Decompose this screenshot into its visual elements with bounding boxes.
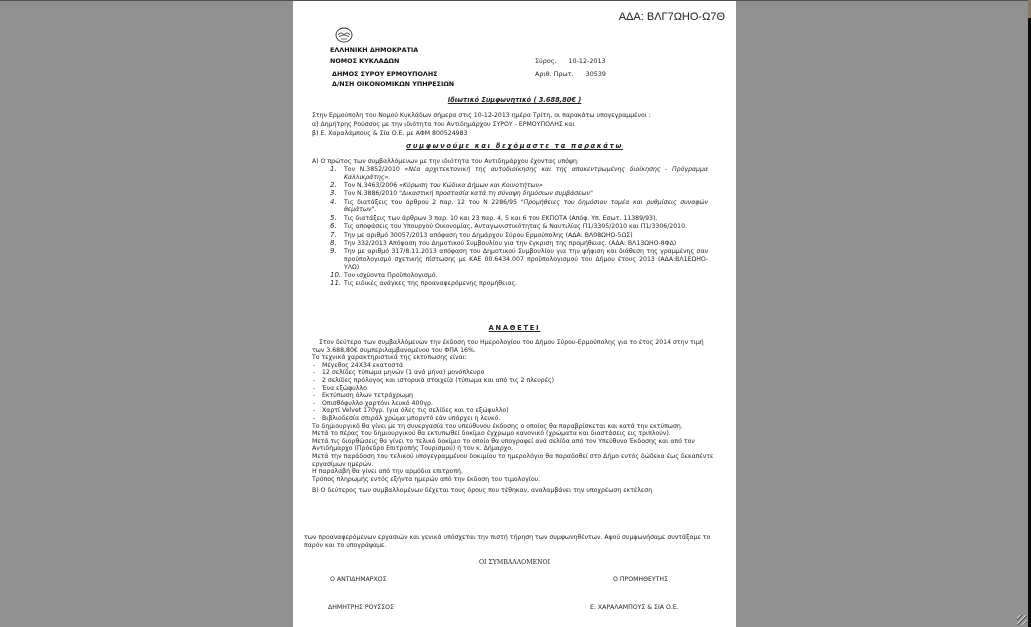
ada-code: ΑΔΑ: ΒΛΓ7ΩΗΟ-Ω7Θ (619, 11, 725, 23)
assigns-heading: ΑΝΑΘΕΤΕΙ (293, 325, 736, 332)
header-municipality: ΔΗΜΟΣ ΣΥΡΟΥ ΕΡΜΟΥΠΟΛΗΣ (332, 70, 438, 78)
consideration-item: 6.Τις αποφάσεις του Υπουργού Οικονομίας,… (330, 223, 708, 231)
item-italic-text: "Δικαστική προστασία κατά τη σύναψη δημό… (399, 190, 593, 197)
term-paragraph: Μετά τις διορθώσεις θα γίνει το τελικό δ… (312, 438, 716, 453)
intro-line: Στην Ερμούπολη του Νομού Κυκλάδων σήμερα… (312, 112, 716, 121)
closing-text: των προαναφερόμενων εργασιών και γενικά … (304, 534, 716, 549)
spec-item: 12 σελίδες τύπωμα μηνών (1 ανά μήνα) μον… (312, 369, 716, 377)
term-paragraph: Μετά την παράδοση του τελικού υπογεγραμμ… (312, 453, 716, 468)
term-paragraph: Η παραλαβή θα γίνει από την αρμόδια επιτ… (312, 468, 716, 476)
term-paragraph: Μετά το πέρας του δημιουργικού θα εκτυπω… (312, 430, 716, 438)
signer-left-role: Ο ΑΝΤΙΔΗΜΑΡΧΟΣ (330, 576, 387, 583)
item-text: Την με αριθμό 317/8.11.2013 απόφαση του … (344, 248, 708, 270)
item-number: 3. (330, 190, 337, 198)
consideration-item: 7.Την με αριθμό 30057/2013 απόφαση του Δ… (330, 232, 708, 240)
item-text: Τον Ν.3852/2010 (344, 166, 405, 173)
protocol-label: Αριθ. Πρωτ. (535, 70, 574, 78)
item-italic-text: «Κύρωση του Κώδικα Δήμων και Κοινοτήτων» (399, 182, 543, 189)
consideration-item: 10.Τον ισχύοντα Προϋπολογισμό. (330, 272, 708, 280)
signers-heading: ΟΙ ΣΥΜΒΑΛΛΟΜΕΝΟΙ (293, 559, 736, 566)
assignment-text: Στον δεύτερο των συμβαλλόμενων την έκδοσ… (312, 339, 716, 354)
consideration-item: 11.Τις ειδικές ανάγκες της προαναφερόμεν… (330, 280, 708, 288)
spec-item: Βιβλιοδεσία σπιράλ χρώμα μπορντό εάν υπά… (312, 415, 716, 423)
item-text: Την με αριθμό 30057/2013 απόφαση του Δημ… (344, 232, 633, 239)
protocol: Αριθ. Πρωτ.30539 (535, 70, 606, 78)
assignment-body: Στον δεύτερο των συμβαλλόμενων την έκδοσ… (312, 339, 716, 495)
party-a: α) Δημήτρης Ρούσσος με την ιδιότητα του … (312, 121, 716, 130)
considerations-list: 1.Τον Ν.3852/2010 «Νέα αρχιτεκτονική της… (330, 166, 708, 289)
item-number: 1. (330, 166, 337, 174)
protocol-number: 30539 (586, 70, 606, 78)
spec-item: 2 σελίδες πρόλογος και ιστορικά στοιχεία… (312, 377, 716, 385)
specs-list: Μέγεθος 24Χ34 εκατοστά12 σελίδες τύπωμα … (312, 362, 716, 423)
consideration-item: 8.Την 332/2013 Απόφαση του Δημοτικού Συμ… (330, 240, 708, 248)
place-date: Σύρος.10-12-2013 (535, 57, 606, 65)
section-a-intro: Α) Ο πρώτος των συμβαλλόμενων με την ιδι… (312, 158, 579, 165)
item-text: Τις διατάξεις του άρθρου 2 παρ. 12 του Ν… (344, 199, 521, 206)
resize-grip-icon[interactable] (1017, 615, 1027, 625)
header-department: Δ/ΝΣΗ ΟΙΚΟΝΟΜΙΚΩΝ ΥΠΗΡΕΣΙΩΝ (332, 80, 454, 88)
signer-right-name: Ε. ΧΑΡΑΛΑΜΠΟΥΣ & ΣΙΑ Ο.Ε. (590, 604, 679, 611)
header-prefecture: ΝΟΜΟΣ ΚΥΚΛΑΔΩΝ (330, 57, 399, 65)
consideration-item: 3.Τον Ν.3886/2010 "Δικαστική προστασία κ… (330, 190, 708, 198)
item-text: Τον Ν.3886/2010 (344, 190, 399, 197)
document-title: Ιδιωτικό Συμφωνητικό ( 3.688,80€ ) (293, 97, 736, 104)
terms-list: Το δημιουργικό θα γίνει με τη συνεργασία… (312, 423, 716, 484)
header-republic: ΕΛΛΗΝΙΚΗ ΔΗΜΟΚΡΑΤΙΑ (330, 46, 418, 54)
item-text: Τις διατάξεις των άρθρων 3 παρ. 10 και 2… (344, 215, 657, 222)
item-number: 7. (330, 232, 337, 240)
item-number: 6. (330, 223, 337, 231)
item-text: Τον ισχύοντα Προϋπολογισμό. (344, 272, 437, 279)
item-number: 9. (330, 248, 337, 256)
consideration-item: 5.Τις διατάξεις των άρθρων 3 παρ. 10 και… (330, 215, 708, 223)
item-text: Την 332/2013 Απόφαση του Δημοτικού Συμβο… (344, 240, 676, 247)
item-text: Τον Ν.3463/2006 (344, 182, 399, 189)
agree-heading: συμφωνούμε και δεχόμαστε τα παρακάτω (293, 143, 736, 150)
item-number: 4. (330, 199, 337, 207)
spec-item: Εκτύπωση όλων τετράχρωμη (312, 392, 716, 400)
term-paragraph: Τρόπος πληρωμής εντός εξήντα ημερών από … (312, 476, 716, 484)
section-b: Β) Ο δεύτερος των συμβαλλομένων δέχεται … (312, 487, 716, 495)
item-number: 11. (330, 280, 341, 288)
consideration-item: 9.Την με αριθμό 317/8.11.2013 απόφαση το… (330, 248, 708, 271)
term-paragraph: Το δημιουργικό θα γίνει με τη συνεργασία… (312, 423, 716, 431)
consideration-item: 1.Τον Ν.3852/2010 «Νέα αρχιτεκτονική της… (330, 166, 708, 181)
signer-right-role: Ο ΠΡΟΜΗΘΕΥΤΗΣ (613, 576, 668, 583)
party-b: β) Ε. Χαραλάμπους & Σία Ο.Ε. με ΑΦΜ 8005… (312, 130, 716, 139)
consideration-item: 2.Τον Ν.3463/2006 «Κύρωση του Κώδικα Δήμ… (330, 182, 708, 190)
spec-item: Χαρτί Velvet 170γρ. (για όλες τις σελίδε… (312, 407, 716, 415)
item-text: Τις αποφάσεις του Υπουργού Οικονομίας, Α… (344, 223, 687, 230)
consideration-item: 4.Τις διατάξεις του άρθρου 2 παρ. 12 του… (330, 199, 708, 214)
item-text: Τις ειδικές ανάγκες της προαναφερόμενης … (344, 280, 517, 287)
specs-intro: Το τεχνικά χαρακτηριστικά της εκτύπωσης … (312, 354, 716, 362)
document-date: 10-12-2013 (568, 57, 605, 65)
document-page: ΑΔΑ: ΒΛΓ7ΩΗΟ-Ω7Θ ΕΛΛΗΝΙΚΗ ΔΗΜΟΚΡΑΤΙΑ ΝΟΜ… (293, 1, 736, 627)
place-label: Σύρος. (535, 57, 556, 65)
greek-republic-emblem-icon (335, 27, 353, 43)
signer-left-name: ΔΗΜΗΤΡΗΣ ΡΟΥΣΣΟΣ (328, 604, 394, 611)
